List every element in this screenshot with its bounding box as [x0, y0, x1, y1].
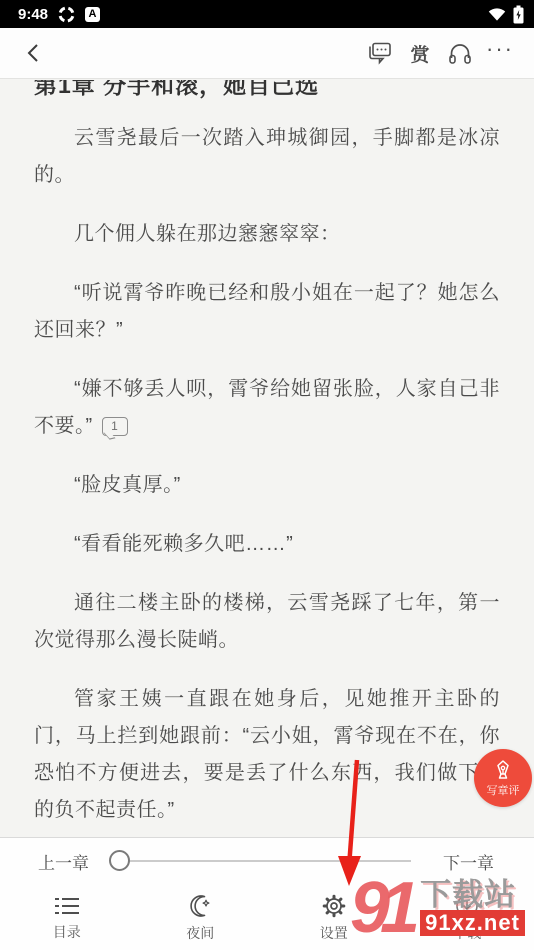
catalog-list-icon [54, 895, 80, 917]
paragraph: 管家王姨一直跟在她身后，见她推开主卧的门，马上拦到她跟前：“云小姐，霄爷现在不在… [34, 681, 500, 829]
listen-headphones-icon[interactable] [440, 33, 480, 73]
status-bar: 9:48 A [0, 0, 534, 28]
paragraph: “看看能死赖多久吧……” [34, 526, 500, 563]
more-options-icon[interactable]: ··· [480, 33, 520, 73]
paragraph: 几个佣人躲在那边窸窸窣窣： [34, 216, 500, 253]
chapter-content[interactable]: 第1章 分手和滚，她自己选 云雪尧最后一次踏入珅城御园，手脚都是冰凉的。 几个佣… [0, 80, 534, 837]
prev-chapter-button[interactable]: 上一章 [38, 849, 89, 874]
pen-nib-icon [492, 759, 514, 781]
back-button[interactable] [14, 33, 54, 73]
moon-icon [188, 894, 213, 918]
paragraph: “嫌不够丢人呗，霄爷给她留张脸，人家自己非不要。”1 [34, 371, 500, 445]
gear-icon [322, 894, 346, 918]
reader-screen: 9:48 A [0, 0, 534, 950]
reader-toolbar: 赏 ··· [0, 28, 534, 79]
tab-settings[interactable]: 设置 [267, 887, 401, 950]
paragraph: 通往二楼主卧的楼梯，云雪尧踩了七年，第一次觉得那么漫长陡峭。 [34, 585, 500, 659]
chapter-progress-slider[interactable] [109, 850, 411, 872]
reader-tab-bar: 目录 夜间 [0, 884, 534, 950]
reader-bottom-panel: 上一章 下一章 目录 [0, 837, 534, 950]
slider-knob[interactable] [109, 850, 130, 871]
tab-night-mode[interactable]: 夜间 [134, 887, 268, 950]
next-chapter-button[interactable]: 下一章 [443, 849, 494, 874]
write-chapter-review-button[interactable]: 写章评 [474, 749, 532, 807]
battery-charging-icon [513, 5, 524, 24]
reward-icon[interactable]: 赏 [400, 33, 440, 73]
paragraph: “脸皮真厚。” [34, 467, 500, 504]
download-icon [455, 894, 479, 918]
clock: 9:48 [18, 6, 48, 23]
fab-label: 写章评 [487, 782, 520, 798]
wifi-icon [488, 7, 506, 21]
sync-notification-icon [58, 6, 75, 23]
autofill-notification-icon: A [85, 7, 100, 22]
chapter-title: 第1章 分手和滚，她自己选 [34, 80, 500, 100]
tab-download[interactable]: 下载 [401, 887, 534, 950]
comments-icon[interactable] [360, 33, 400, 73]
paragraph-comment-count-badge[interactable]: 1 [102, 417, 128, 436]
tab-catalog[interactable]: 目录 [0, 887, 134, 950]
chapter-progress-row: 上一章 下一章 [0, 838, 534, 884]
slider-track[interactable] [119, 860, 411, 862]
paragraph: 云雪尧最后一次踏入珅城御园，手脚都是冰凉的。 [34, 120, 500, 194]
paragraph: “听说霄爷昨晚已经和殷小姐在一起了？她怎么还回来？” [34, 275, 500, 349]
